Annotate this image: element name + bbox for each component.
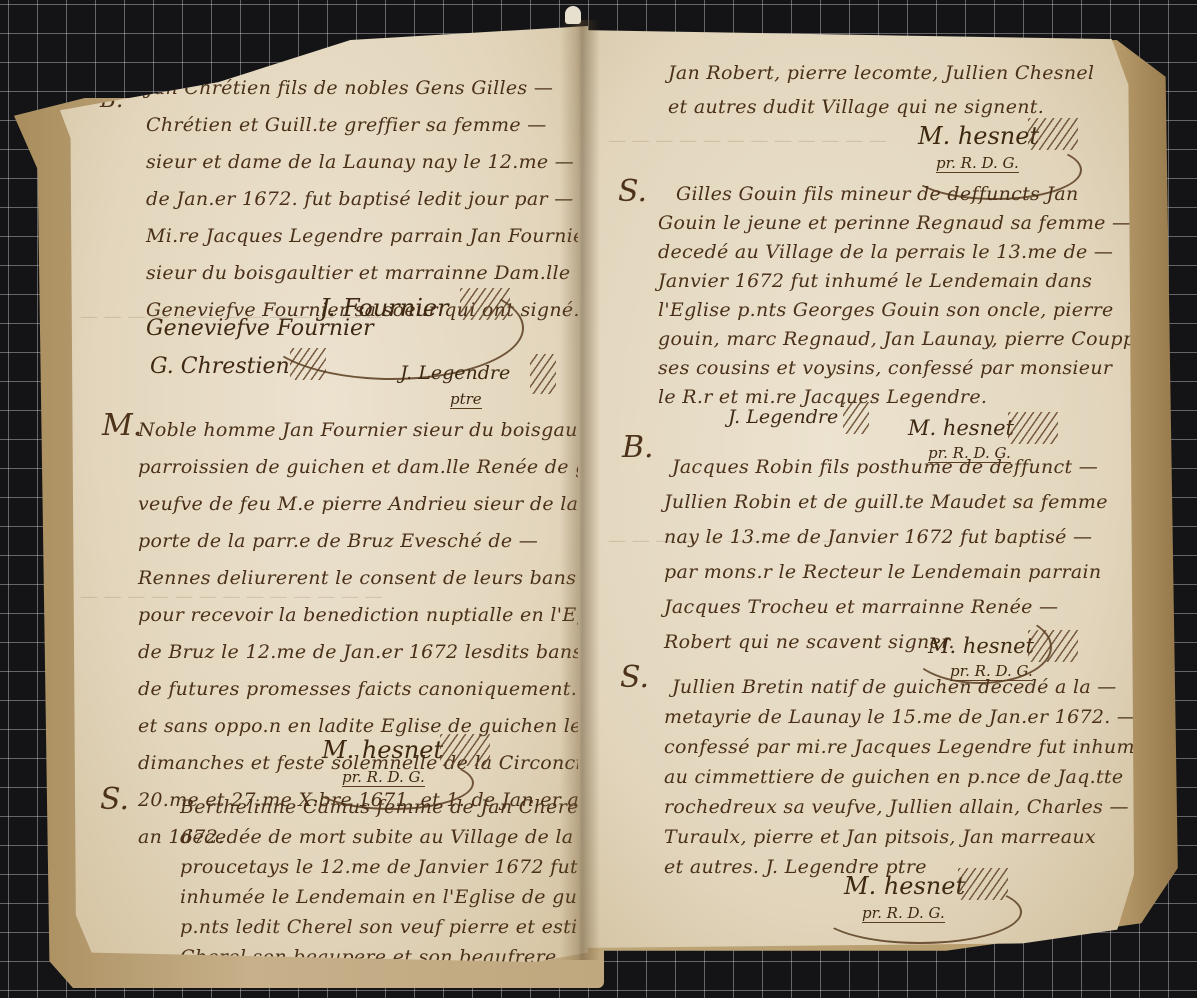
margin-mark: S. — [620, 660, 649, 695]
signature: J. Legendre — [400, 362, 510, 384]
text-line: Gouin le jeune et perinne Regnaud sa fem… — [658, 209, 1153, 238]
signature: M. hesnet — [908, 416, 1014, 440]
text-line: sieur et dame de la Launay nay le 12.me … — [146, 144, 594, 181]
signature-paraph — [530, 354, 556, 394]
ink-bleed-through: — — — — — — — — — — — — — [608, 130, 887, 151]
signature: J. Legendre — [728, 406, 838, 428]
signature-paraph — [440, 734, 490, 766]
text-line: Janvier 1672 fut inhumé le Lendemain dan… — [658, 267, 1153, 296]
binding-thread — [565, 6, 581, 24]
entry-text: Jullien Bretin natif de guichen decedé a… — [664, 672, 1172, 882]
signature-paraph — [1008, 412, 1058, 444]
text-line: de Jan.er 1672. fut baptisé ledit jour p… — [146, 181, 594, 218]
entry-text: Gilles Gouin fils mineur de deffuncts Ja… — [658, 180, 1153, 412]
margin-mark: S. — [618, 174, 647, 209]
signature-paraph — [843, 402, 869, 434]
open-register-book: — — — — — — — — — — — — — — — — — — — — … — [0, 0, 1197, 998]
text-line: metayrie de Launay le 15.me de Jan.er 16… — [664, 702, 1172, 732]
entry-text: Jan Robert, pierre lecomte, Jullien Ches… — [668, 56, 1094, 124]
text-line: ses cousins et voysins, confessé par mon… — [658, 354, 1153, 383]
signature-flourish — [818, 880, 1022, 944]
text-line: decedé au Village de la perrais le 13.me… — [658, 238, 1153, 267]
text-line: par mons.r le Recteur le Lendemain parra… — [664, 555, 1108, 590]
text-line: nay le 13.me de Janvier 1672 fut baptisé… — [664, 520, 1108, 555]
text-line: confessé par mi.re Jacques Legendre fut … — [664, 732, 1172, 762]
text-line: Jacques Trocheu et marrainne Renée — — [664, 590, 1108, 625]
left-page: — — — — — — — — — — — — — — — — — — — — … — [60, 26, 588, 962]
text-line: Jullien Robin et de guill.te Maudet sa f… — [664, 485, 1108, 520]
right-page: — — — — — — — — — — — — — — — — — — — — … — [578, 30, 1134, 948]
text-line: Jan Chrétien fils de nobles Gens Gilles … — [146, 70, 594, 107]
text-line: Jacques Robin fils posthume de deffunct … — [664, 450, 1108, 485]
text-line: Gilles Gouin fils mineur de deffuncts Ja… — [658, 180, 1153, 209]
text-line: au cimmettiere de guichen en p.nce de Ja… — [664, 762, 1172, 792]
text-line: gouin, marc Regnaud, Jan Launay, pierre … — [658, 325, 1153, 354]
text-line: Jan Robert, pierre lecomte, Jullien Ches… — [668, 56, 1094, 90]
margin-mark: M. — [102, 408, 142, 443]
text-line: Chrétien et Guill.te greffier sa femme — — [146, 107, 594, 144]
signature: G. Chrestien — [150, 354, 290, 379]
text-line: Mi.re Jacques Legendre parrain Jan Fourn… — [146, 218, 594, 255]
text-line: l'Eglise p.nts Georges Gouin son oncle, … — [658, 296, 1153, 325]
signature-title: ptre — [450, 390, 482, 409]
text-line: Turaulx, pierre et Jan pitsois, Jan marr… — [664, 822, 1172, 852]
margin-mark: B. — [622, 430, 654, 465]
book-gutter — [560, 20, 600, 960]
margin-mark: S. — [100, 782, 129, 817]
text-line: rochedreux sa veufve, Jullien allain, Ch… — [664, 792, 1172, 822]
text-line: Jullien Bretin natif de guichen decedé a… — [664, 672, 1172, 702]
